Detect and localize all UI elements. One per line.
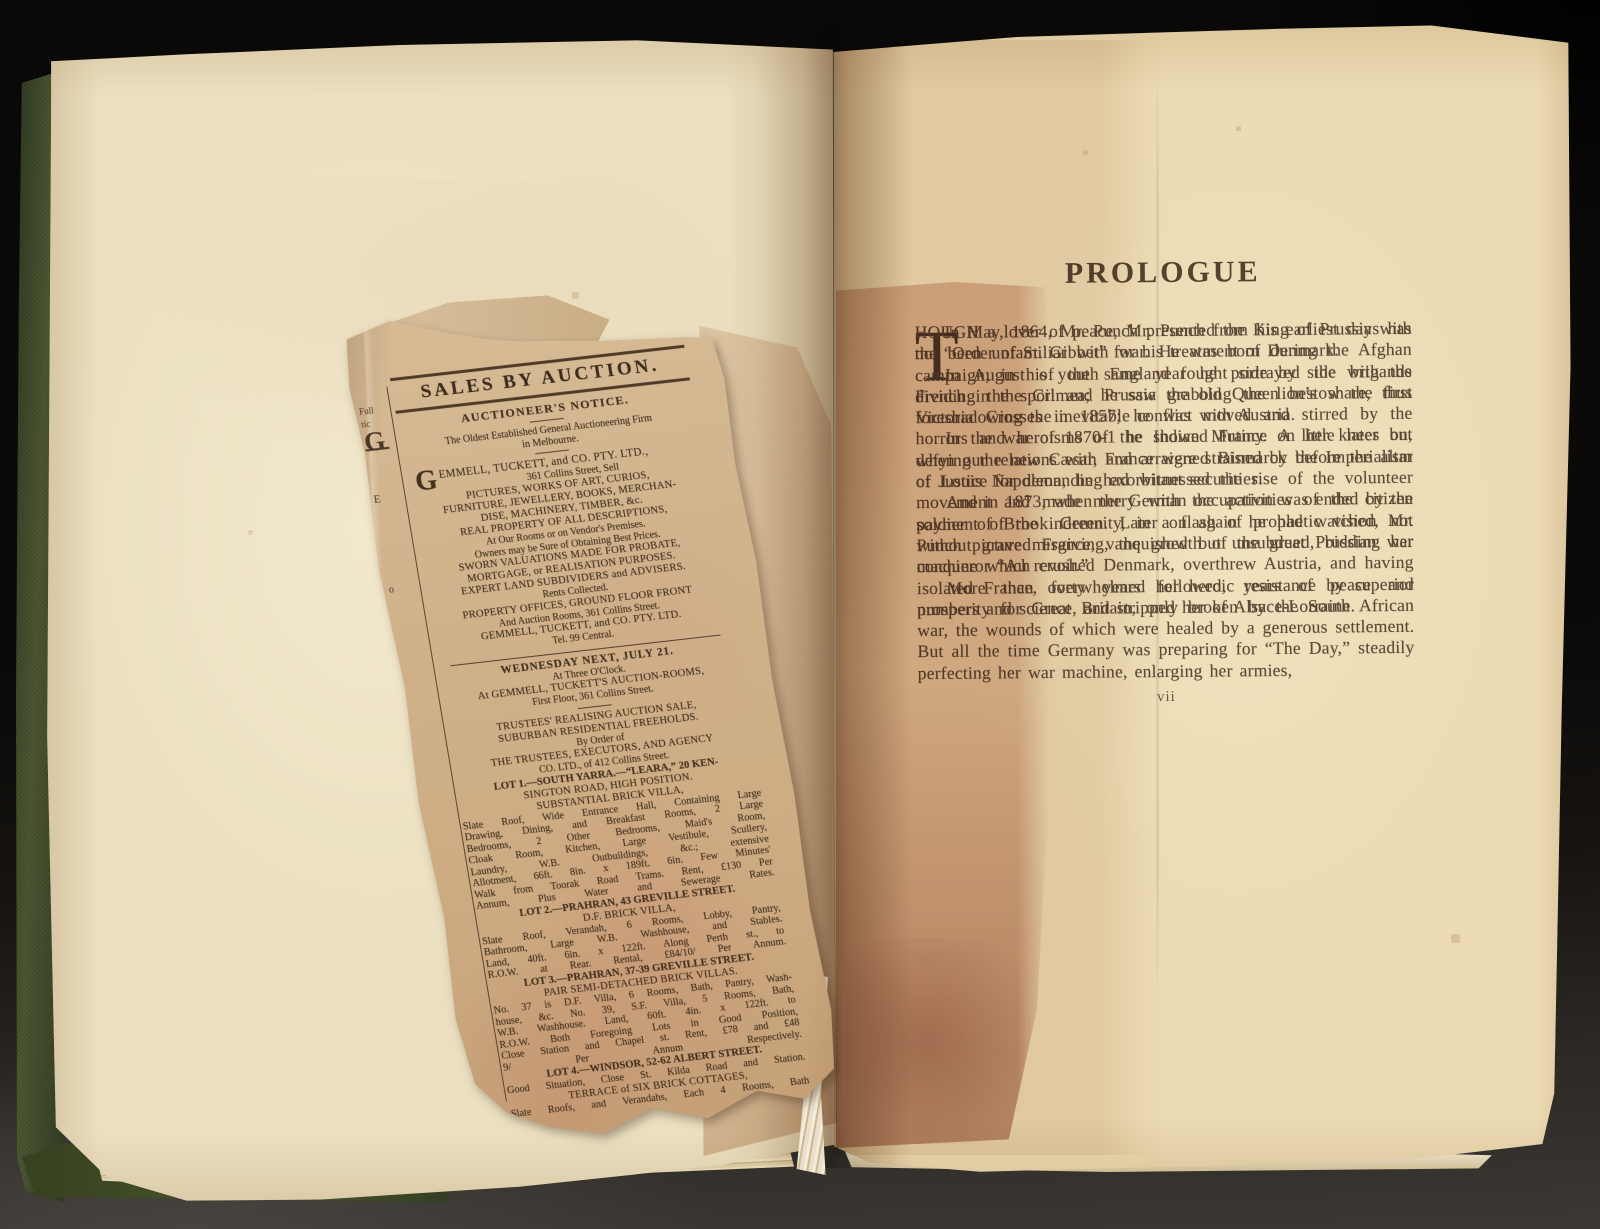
margin-fragment: G xyxy=(363,435,389,452)
margin-fragment: o xyxy=(388,585,395,595)
margin-fragment: E xyxy=(373,494,381,505)
paragraph-text: HOUGH a lover of peace, Mr. Punch from h… xyxy=(915,318,1415,620)
clipping-line xyxy=(535,449,569,454)
prologue-paragraph: THOUGH a lover of peace, Mr. Punch from … xyxy=(915,318,1412,322)
page-title: PROLOGUE xyxy=(914,254,1411,292)
book-photo-scene: PROLOGUE THOUGH a lover of peace, Mr. Pu… xyxy=(0,0,1600,1229)
clipping-line xyxy=(578,704,612,709)
page-specks xyxy=(0,0,1,1)
clipping-line xyxy=(530,418,564,423)
margin-fragment: Full xyxy=(358,405,374,417)
prologue-text-block: PROLOGUE THOUGH a lover of peace, Mr. Pu… xyxy=(914,254,1415,708)
